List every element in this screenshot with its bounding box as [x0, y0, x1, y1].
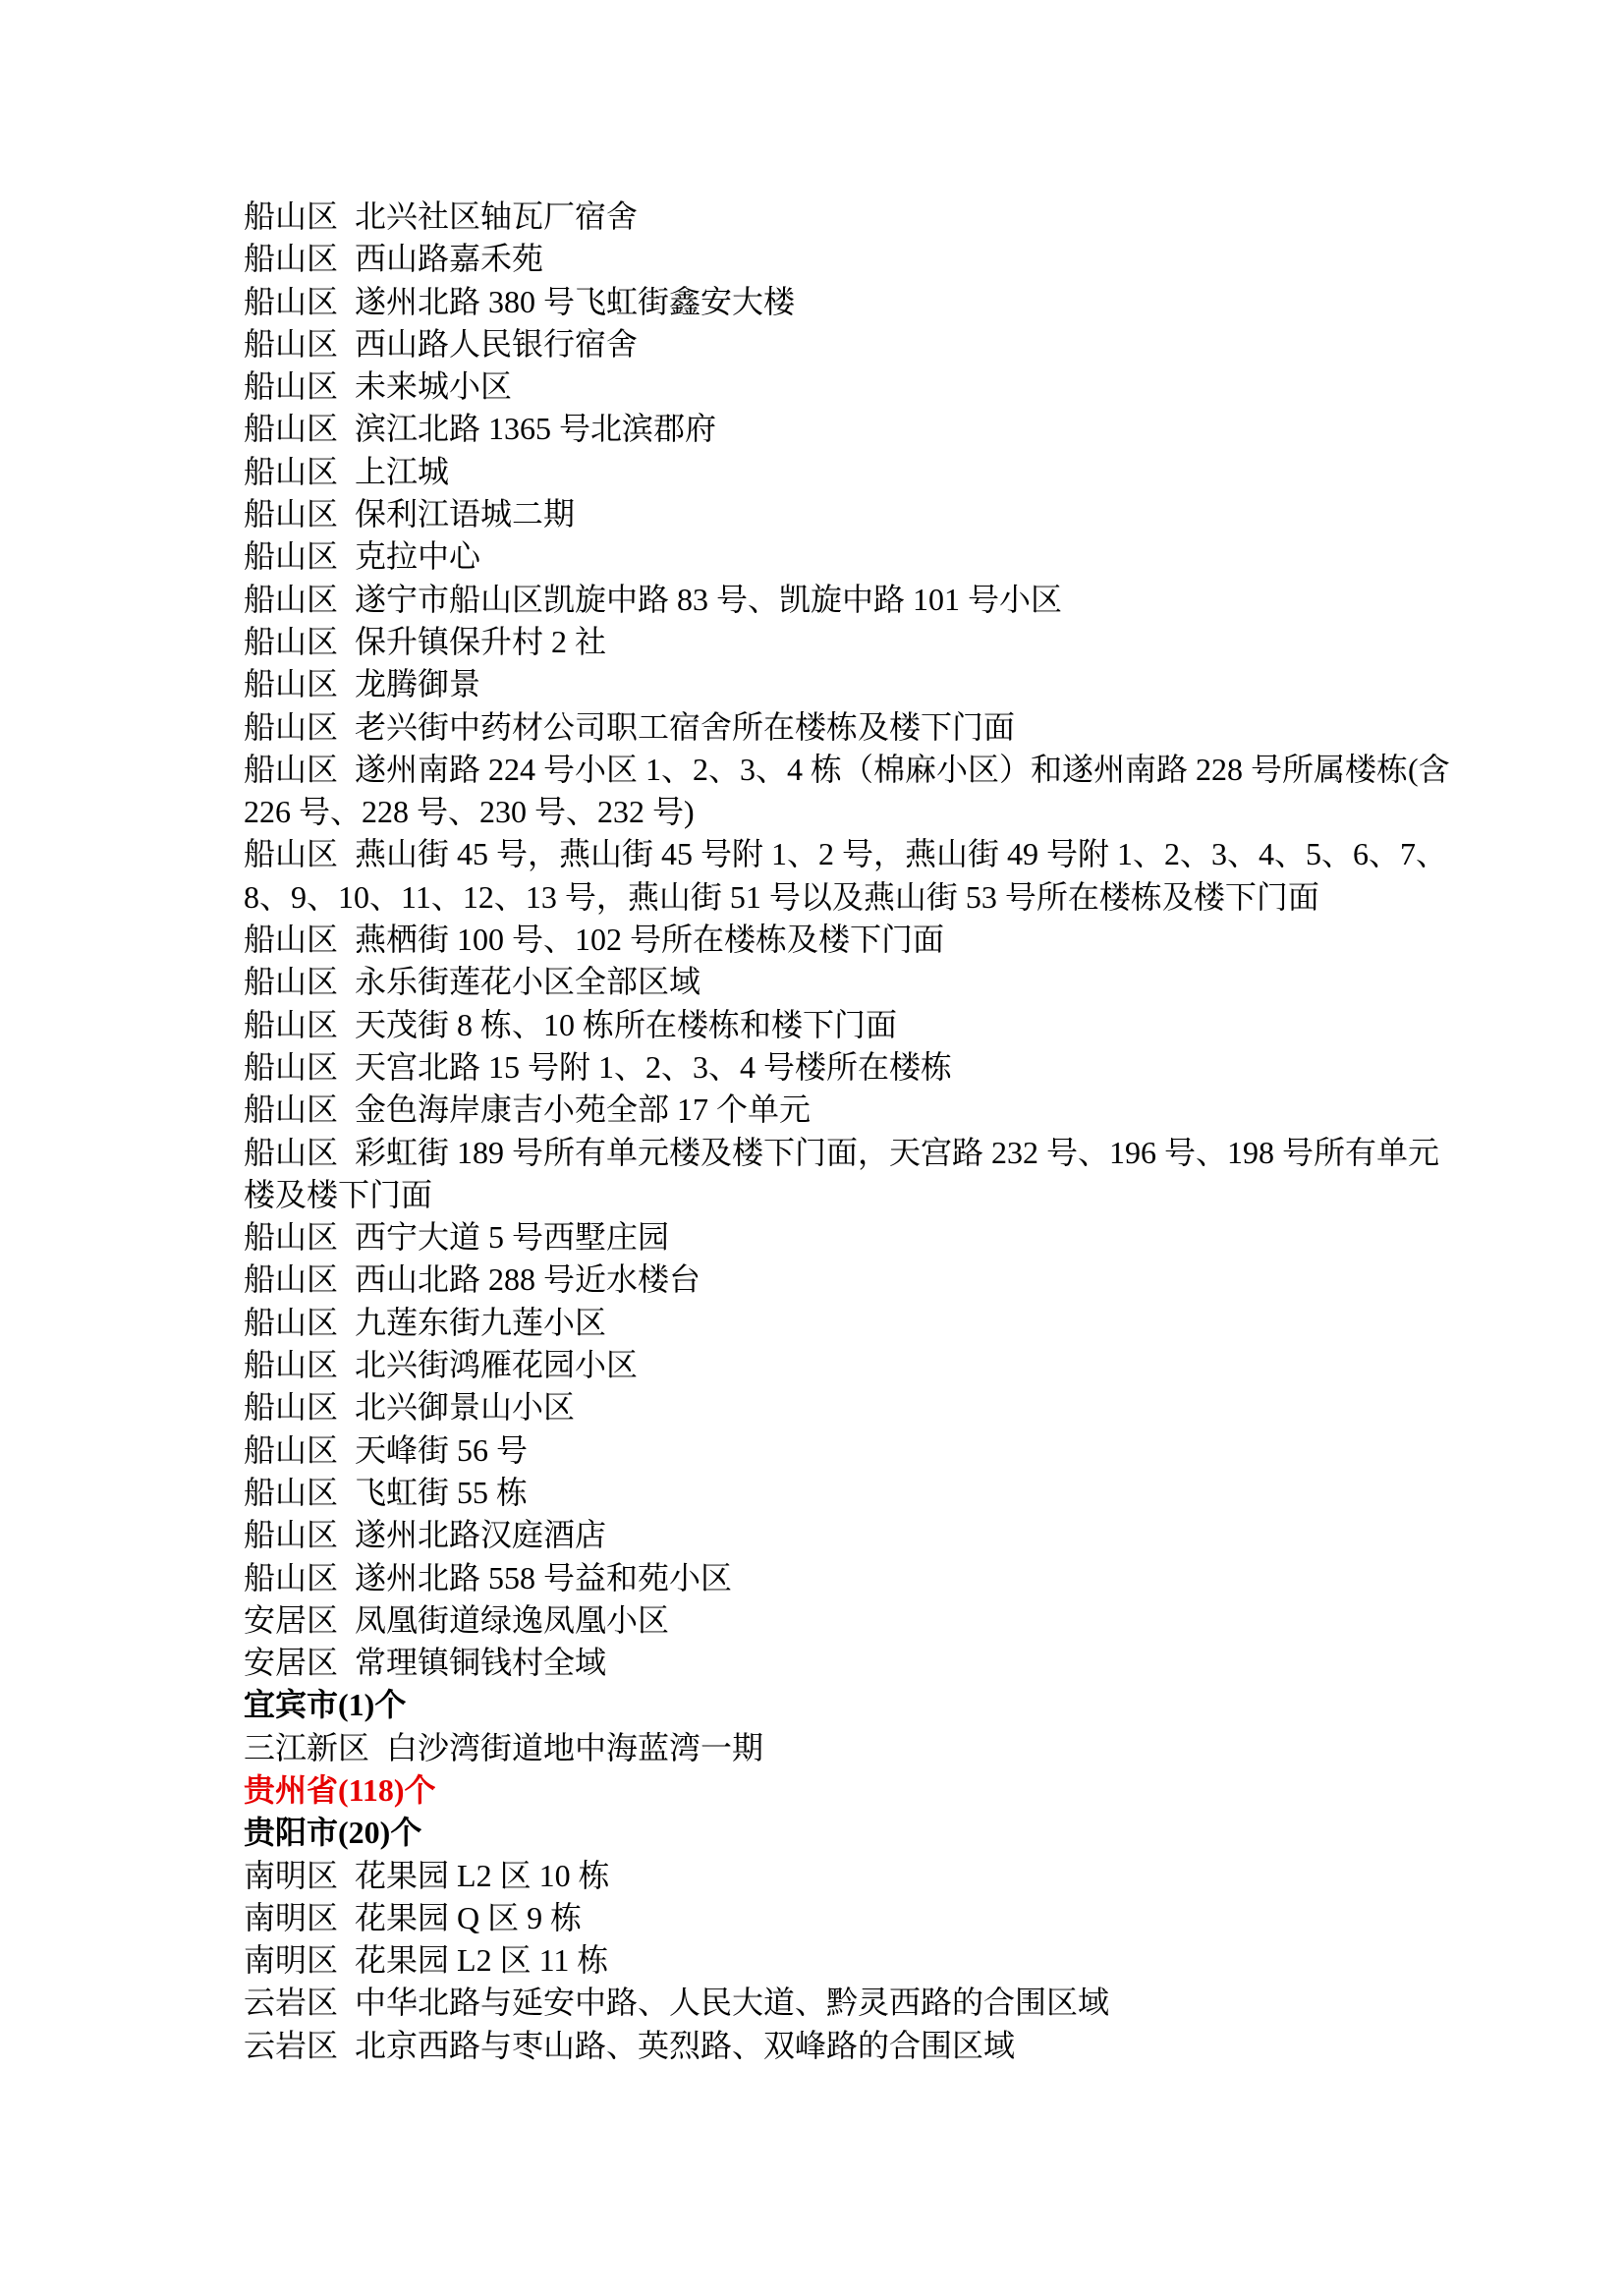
text-line: 楼及楼下门面 [244, 1174, 1560, 1216]
text-line: 船山区遂宁市船山区凯旋中路 83 号、凯旋中路 101 号小区 [244, 579, 1560, 621]
text-line: 船山区天茂街 8 栋、10 栋所在楼栋和楼下门面 [244, 1004, 1560, 1046]
text-line: 船山区北兴社区轴瓦厂宿舍 [244, 196, 1560, 238]
text-line: 船山区遂州北路 380 号飞虹街鑫安大楼 [244, 281, 1560, 323]
address-text: 白沙湾街道地中海蓝湾一期 [386, 1730, 763, 1765]
text-line: 船山区上江城 [244, 451, 1560, 493]
text-line: 船山区老兴街中药材公司职工宿舍所在楼栋及楼下门面 [244, 706, 1560, 749]
district-label: 船山区 [244, 666, 338, 701]
text-line: 船山区遂州北路 558 号益和苑小区 [244, 1557, 1560, 1599]
address-text: 飞虹街 55 栋 [355, 1475, 528, 1510]
address-text: 贵阳市(20)个 [244, 1815, 421, 1850]
address-text: 226 号、228 号、230 号、232 号) [244, 794, 695, 829]
district-label: 云岩区 [244, 1985, 338, 2020]
district-label: 南明区 [244, 1858, 338, 1893]
district-label: 船山区 [244, 1432, 338, 1468]
text-line: 226 号、228 号、230 号、232 号) [244, 791, 1560, 833]
district-label: 船山区 [244, 1261, 338, 1297]
text-line: 8、9、10、11、12、13 号，燕山街 51 号以及燕山街 53 号所在楼栋… [244, 876, 1560, 919]
text-line: 船山区天峰街 56 号 [244, 1429, 1560, 1472]
address-text: 常理镇铜钱村全域 [355, 1645, 606, 1680]
address-text: 天茂街 8 栋、10 栋所在楼栋和楼下门面 [355, 1007, 897, 1042]
district-label: 船山区 [244, 836, 338, 871]
district-label: 船山区 [244, 1347, 338, 1382]
address-text: 西山路嘉禾苑 [355, 241, 543, 276]
text-line: 船山区龙腾御景 [244, 663, 1560, 705]
text-line: 船山区遂州南路 224 号小区 1、2、3、4 栋（棉麻小区）和遂州南路 228… [244, 749, 1560, 791]
text-line: 船山区天宫北路 15 号附 1、2、3、4 号楼所在楼栋 [244, 1046, 1560, 1089]
text-line: 船山区彩虹街 189 号所有单元楼及楼下门面，天宫路 232 号、196 号、1… [244, 1132, 1560, 1174]
address-text: 保利江语城二期 [355, 496, 575, 532]
address-text: 遂州北路汉庭酒店 [355, 1517, 606, 1552]
address-text: 花果园 L2 区 10 栋 [355, 1858, 610, 1893]
district-label: 船山区 [244, 1389, 338, 1425]
text-line: 船山区永乐街莲花小区全部区域 [244, 961, 1560, 1003]
address-text: 北兴街鸿雁花园小区 [355, 1347, 638, 1382]
address-text: 彩虹街 189 号所有单元楼及楼下门面，天宫路 232 号、196 号、198 … [355, 1135, 1439, 1170]
district-label: 南明区 [244, 1942, 338, 1978]
document-page: 船山区北兴社区轴瓦厂宿舍船山区西山路嘉禾苑船山区遂州北路 380 号飞虹街鑫安大… [0, 0, 1624, 2295]
district-label: 安居区 [244, 1645, 338, 1680]
district-label: 船山区 [244, 496, 338, 532]
address-text: 九莲东街九莲小区 [355, 1305, 606, 1340]
text-line: 三江新区白沙湾街道地中海蓝湾一期 [244, 1727, 1560, 1769]
district-label: 船山区 [244, 1135, 338, 1170]
address-text: 8、9、10、11、12、13 号，燕山街 51 号以及燕山街 53 号所在楼栋… [244, 879, 1319, 915]
district-label: 船山区 [244, 1092, 338, 1127]
district-label: 船山区 [244, 326, 338, 362]
text-line: 船山区燕栖街 100 号、102 号所在楼栋及楼下门面 [244, 919, 1560, 961]
text-line: 船山区北兴御景山小区 [244, 1386, 1560, 1428]
text-line: 船山区西山路嘉禾苑 [244, 238, 1560, 280]
text-line: 船山区九莲东街九莲小区 [244, 1302, 1560, 1344]
address-text: 西宁大道 5 号西墅庄园 [355, 1219, 669, 1255]
risk-area-list: 船山区北兴社区轴瓦厂宿舍船山区西山路嘉禾苑船山区遂州北路 380 号飞虹街鑫安大… [244, 196, 1560, 2067]
district-label: 船山区 [244, 1007, 338, 1042]
district-label: 船山区 [244, 454, 338, 489]
address-text: 宜宾市(1)个 [244, 1687, 406, 1722]
address-text: 遂州北路 558 号益和苑小区 [355, 1560, 732, 1595]
address-text: 遂州北路 380 号飞虹街鑫安大楼 [355, 284, 795, 319]
district-label: 船山区 [244, 1049, 338, 1085]
address-text: 老兴街中药材公司职工宿舍所在楼栋及楼下门面 [355, 709, 1015, 745]
text-line: 船山区飞虹街 55 栋 [244, 1472, 1560, 1514]
address-text: 花果园 Q 区 9 栋 [355, 1900, 582, 1935]
text-line: 船山区遂州北路汉庭酒店 [244, 1514, 1560, 1556]
address-text: 滨江北路 1365 号北滨郡府 [355, 411, 716, 446]
district-label: 船山区 [244, 922, 338, 957]
district-label: 安居区 [244, 1602, 338, 1638]
address-text: 未来城小区 [355, 368, 512, 404]
district-label: 船山区 [244, 1475, 338, 1510]
address-text: 上江城 [355, 454, 449, 489]
district-label: 南明区 [244, 1900, 338, 1935]
address-text: 西山路人民银行宿舍 [355, 326, 638, 362]
text-line: 南明区花果园 L2 区 10 栋 [244, 1855, 1560, 1897]
address-text: 燕栖街 100 号、102 号所在楼栋及楼下门面 [355, 922, 944, 957]
address-text: 燕山街 45 号，燕山街 45 号附 1、2 号，燕山街 49 号附 1、2、3… [355, 836, 1447, 871]
text-line: 船山区西山路人民银行宿舍 [244, 323, 1560, 365]
text-line: 南明区花果园 L2 区 11 栋 [244, 1939, 1560, 1982]
text-line: 船山区保升镇保升村 2 社 [244, 621, 1560, 663]
text-line: 南明区花果园 Q 区 9 栋 [244, 1897, 1560, 1939]
address-text: 西山北路 288 号近水楼台 [355, 1261, 700, 1297]
section-heading: 宜宾市(1)个 [244, 1684, 1560, 1726]
address-text: 遂宁市船山区凯旋中路 83 号、凯旋中路 101 号小区 [355, 582, 1062, 617]
district-label: 船山区 [244, 1517, 338, 1552]
address-text: 龙腾御景 [355, 666, 480, 701]
district-label: 船山区 [244, 368, 338, 404]
text-line: 云岩区中华北路与延安中路、人民大道、黔灵西路的合围区域 [244, 1982, 1560, 2024]
district-label: 船山区 [244, 1219, 338, 1255]
text-line: 船山区金色海岸康吉小苑全部 17 个单元 [244, 1089, 1560, 1131]
text-line: 安居区凤凰街道绿逸凤凰小区 [244, 1599, 1560, 1642]
address-text: 克拉中心 [355, 538, 480, 574]
text-line: 船山区北兴街鸿雁花园小区 [244, 1344, 1560, 1386]
district-label: 船山区 [244, 752, 338, 787]
district-label: 船山区 [244, 284, 338, 319]
text-line: 安居区常理镇铜钱村全域 [244, 1642, 1560, 1684]
text-line: 船山区未来城小区 [244, 365, 1560, 408]
address-text: 永乐街莲花小区全部区域 [355, 964, 700, 999]
district-label: 船山区 [244, 538, 338, 574]
address-text: 北京西路与枣山路、英烈路、双峰路的合围区域 [355, 2028, 1015, 2063]
text-line: 船山区燕山街 45 号，燕山街 45 号附 1、2 号，燕山街 49 号附 1、… [244, 833, 1560, 875]
district-label: 三江新区 [244, 1730, 369, 1765]
address-text: 北兴社区轴瓦厂宿舍 [355, 198, 638, 234]
address-text: 遂州南路 224 号小区 1、2、3、4 栋（棉麻小区）和遂州南路 228 号所… [355, 752, 1450, 787]
address-text: 保升镇保升村 2 社 [355, 624, 606, 659]
district-label: 云岩区 [244, 2028, 338, 2063]
district-label: 船山区 [244, 709, 338, 745]
address-text: 花果园 L2 区 11 栋 [355, 1942, 608, 1978]
text-line: 船山区西山北路 288 号近水楼台 [244, 1259, 1560, 1301]
text-line: 云岩区北京西路与枣山路、英烈路、双峰路的合围区域 [244, 2025, 1560, 2067]
address-text: 金色海岸康吉小苑全部 17 个单元 [355, 1092, 811, 1127]
text-line: 船山区保利江语城二期 [244, 493, 1560, 535]
address-text: 中华北路与延安中路、人民大道、黔灵西路的合围区域 [355, 1985, 1109, 2020]
district-label: 船山区 [244, 1560, 338, 1595]
district-label: 船山区 [244, 198, 338, 234]
section-heading: 贵州省(118)个 [244, 1769, 1560, 1812]
address-text: 贵州省(118)个 [244, 1772, 436, 1808]
section-heading: 贵阳市(20)个 [244, 1812, 1560, 1854]
address-text: 楼及楼下门面 [244, 1177, 432, 1212]
text-line: 船山区滨江北路 1365 号北滨郡府 [244, 408, 1560, 450]
address-text: 凤凰街道绿逸凤凰小区 [355, 1602, 669, 1638]
district-label: 船山区 [244, 964, 338, 999]
text-line: 船山区西宁大道 5 号西墅庄园 [244, 1216, 1560, 1259]
address-text: 天宫北路 15 号附 1、2、3、4 号楼所在楼栋 [355, 1049, 952, 1085]
district-label: 船山区 [244, 582, 338, 617]
district-label: 船山区 [244, 241, 338, 276]
text-line: 船山区克拉中心 [244, 535, 1560, 578]
district-label: 船山区 [244, 624, 338, 659]
address-text: 北兴御景山小区 [355, 1389, 575, 1425]
address-text: 天峰街 56 号 [355, 1432, 528, 1468]
district-label: 船山区 [244, 1305, 338, 1340]
district-label: 船山区 [244, 411, 338, 446]
